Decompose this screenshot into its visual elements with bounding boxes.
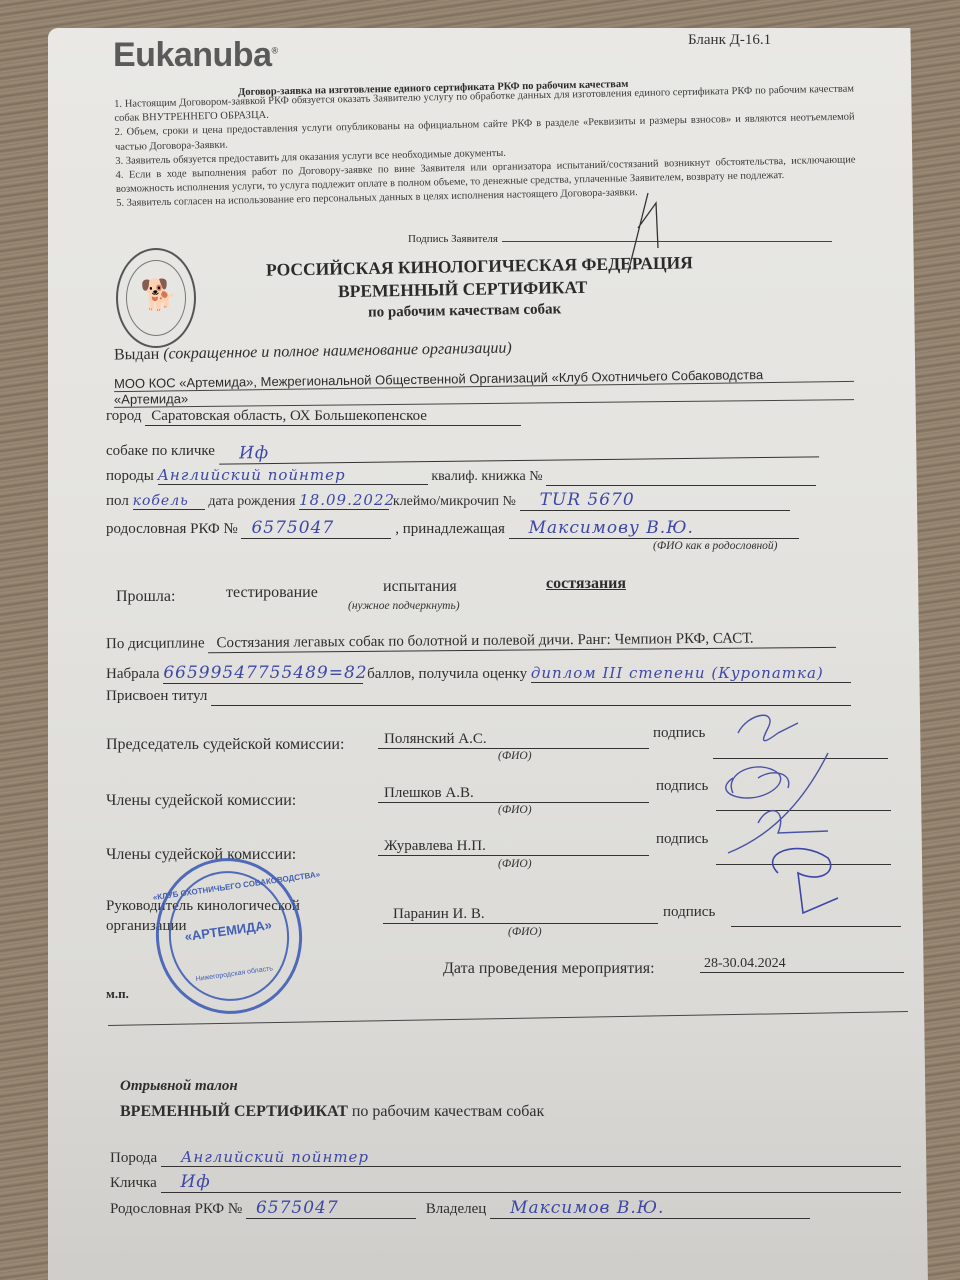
fio-hint: (ФИО) <box>498 858 532 870</box>
city-field[interactable]: Саратовская область, ОХ Большекопенское <box>145 408 521 426</box>
judge-role-chair: Председатель судейской комиссии: <box>106 736 344 754</box>
score-field[interactable]: 66599547755489=82 <box>163 663 363 684</box>
pedigree-field[interactable]: 6575047 <box>241 518 391 539</box>
judge-role-member-2: Члены судейской комиссии: <box>106 846 296 864</box>
passed-option-competition[interactable]: состязания <box>546 575 626 593</box>
stub-owner-field[interactable]: Максимов В.Ю. <box>490 1198 810 1219</box>
stub-breed-row: Порода Английский пойнтер <box>110 1148 901 1167</box>
doc-subtitle: по рабочим качествам собак <box>368 301 562 321</box>
fio-hint: (ФИО) <box>498 750 532 762</box>
stub-heading: Отрывной талон <box>120 1078 238 1095</box>
stub-name-row: Кличка Иф <box>110 1172 901 1193</box>
grade-field[interactable]: диплом III степени (Куропатка) <box>531 664 851 683</box>
stub-title: ВРЕМЕННЫЙ СЕРТИФИКАТ по рабочим качества… <box>120 1103 544 1121</box>
pedigree-owner-row: родословная РКФ № 6575047 , принадлежаща… <box>106 518 799 539</box>
discipline-field[interactable]: Состязания легавых собак по болотной и п… <box>208 630 836 653</box>
breed-field[interactable]: Английский пойнтер <box>158 466 428 485</box>
stub-pedigree-field[interactable]: 6575047 <box>246 1198 416 1219</box>
passed-option-trials[interactable]: испытания <box>383 578 457 596</box>
sex-field[interactable]: кобель <box>133 493 205 510</box>
stub-name-field[interactable]: Иф <box>161 1172 901 1193</box>
signature-label: подпись <box>663 904 715 921</box>
passed-option-testing[interactable]: тестирование <box>226 584 318 602</box>
dog-name-row: собаке по кличке Иф <box>106 440 819 461</box>
owner-field[interactable]: Максимову В.Ю. <box>509 518 799 539</box>
judge-role-member-1: Члены судейской комиссии: <box>106 792 296 810</box>
contract-clauses: 1. Настоящим Договором-заявкой РКФ обязу… <box>114 83 856 212</box>
judge-signatures-icon <box>718 703 918 923</box>
fio-hint: (ФИО) <box>508 926 542 938</box>
event-date-field[interactable]: 28-30.04.2024 <box>700 956 904 973</box>
organization-stamp-icon: «КЛУБ ОХОТНИЧЬЕГО СОБАКОВОДСТВА» «АРТЕМИ… <box>146 849 312 1024</box>
stub-pedigree-owner-row: Родословная РКФ № 6575047 Владелец Макси… <box>110 1198 810 1219</box>
judge-name-member-2[interactable]: Журавлева Н.П. <box>378 838 649 856</box>
eukanuba-logo: Eukanuba® <box>113 36 278 75</box>
birth-date-field[interactable]: 18.09.2022 <box>299 491 389 510</box>
fio-hint: (ФИО) <box>498 804 532 816</box>
event-date-label: Дата проведения мероприятия: <box>443 960 655 978</box>
breed-row: породы Английский пойнтер квалиф. книжка… <box>106 466 816 486</box>
rkf-emblem-icon: 🐕 <box>116 248 196 348</box>
score-row: Набрала 66599547755489=82 баллов, получи… <box>106 663 851 684</box>
judge-name-chair[interactable]: Полянский А.С. <box>378 731 649 749</box>
passed-label: Прошла: <box>116 588 175 606</box>
issued-row: Выдан (сокращенное и полное наименование… <box>114 340 512 365</box>
city-row: город Саратовская область, ОХ Большекопе… <box>106 408 521 426</box>
chip-field[interactable]: TUR 5670 <box>520 490 790 511</box>
passed-hint: (нужное подчеркнуть) <box>348 600 460 612</box>
signature-label: подпись <box>656 831 708 848</box>
judge-name-head[interactable]: Паранин И. В. <box>383 906 658 924</box>
owner-hint: (ФИО как в родословной) <box>653 540 777 552</box>
judge-name-member-1[interactable]: Плешков А.В. <box>378 785 649 803</box>
dog-name-field[interactable]: Иф <box>219 436 819 464</box>
applicant-signature-label: Подпись Заявителя <box>408 233 498 245</box>
form-code: Бланк Д-16.1 <box>688 32 771 49</box>
stub-breed-field[interactable]: Английский пойнтер <box>161 1148 901 1167</box>
seal-label: м.п. <box>106 986 129 1002</box>
sex-birth-chip-row: пол кобель дата рождения 18.09.2022 клей… <box>106 490 790 511</box>
signature-label: подпись <box>656 778 708 795</box>
qual-book-field[interactable] <box>546 468 816 486</box>
discipline-row: По дисциплине Состязания легавых собак п… <box>106 630 837 654</box>
doc-title: ВРЕМЕННЫЙ СЕРТИФИКАТ <box>338 277 588 302</box>
signature-label: подпись <box>653 725 705 742</box>
certificate-document: Eukanuba® Бланк Д-16.1 Договор-заявка на… <box>48 28 928 1280</box>
